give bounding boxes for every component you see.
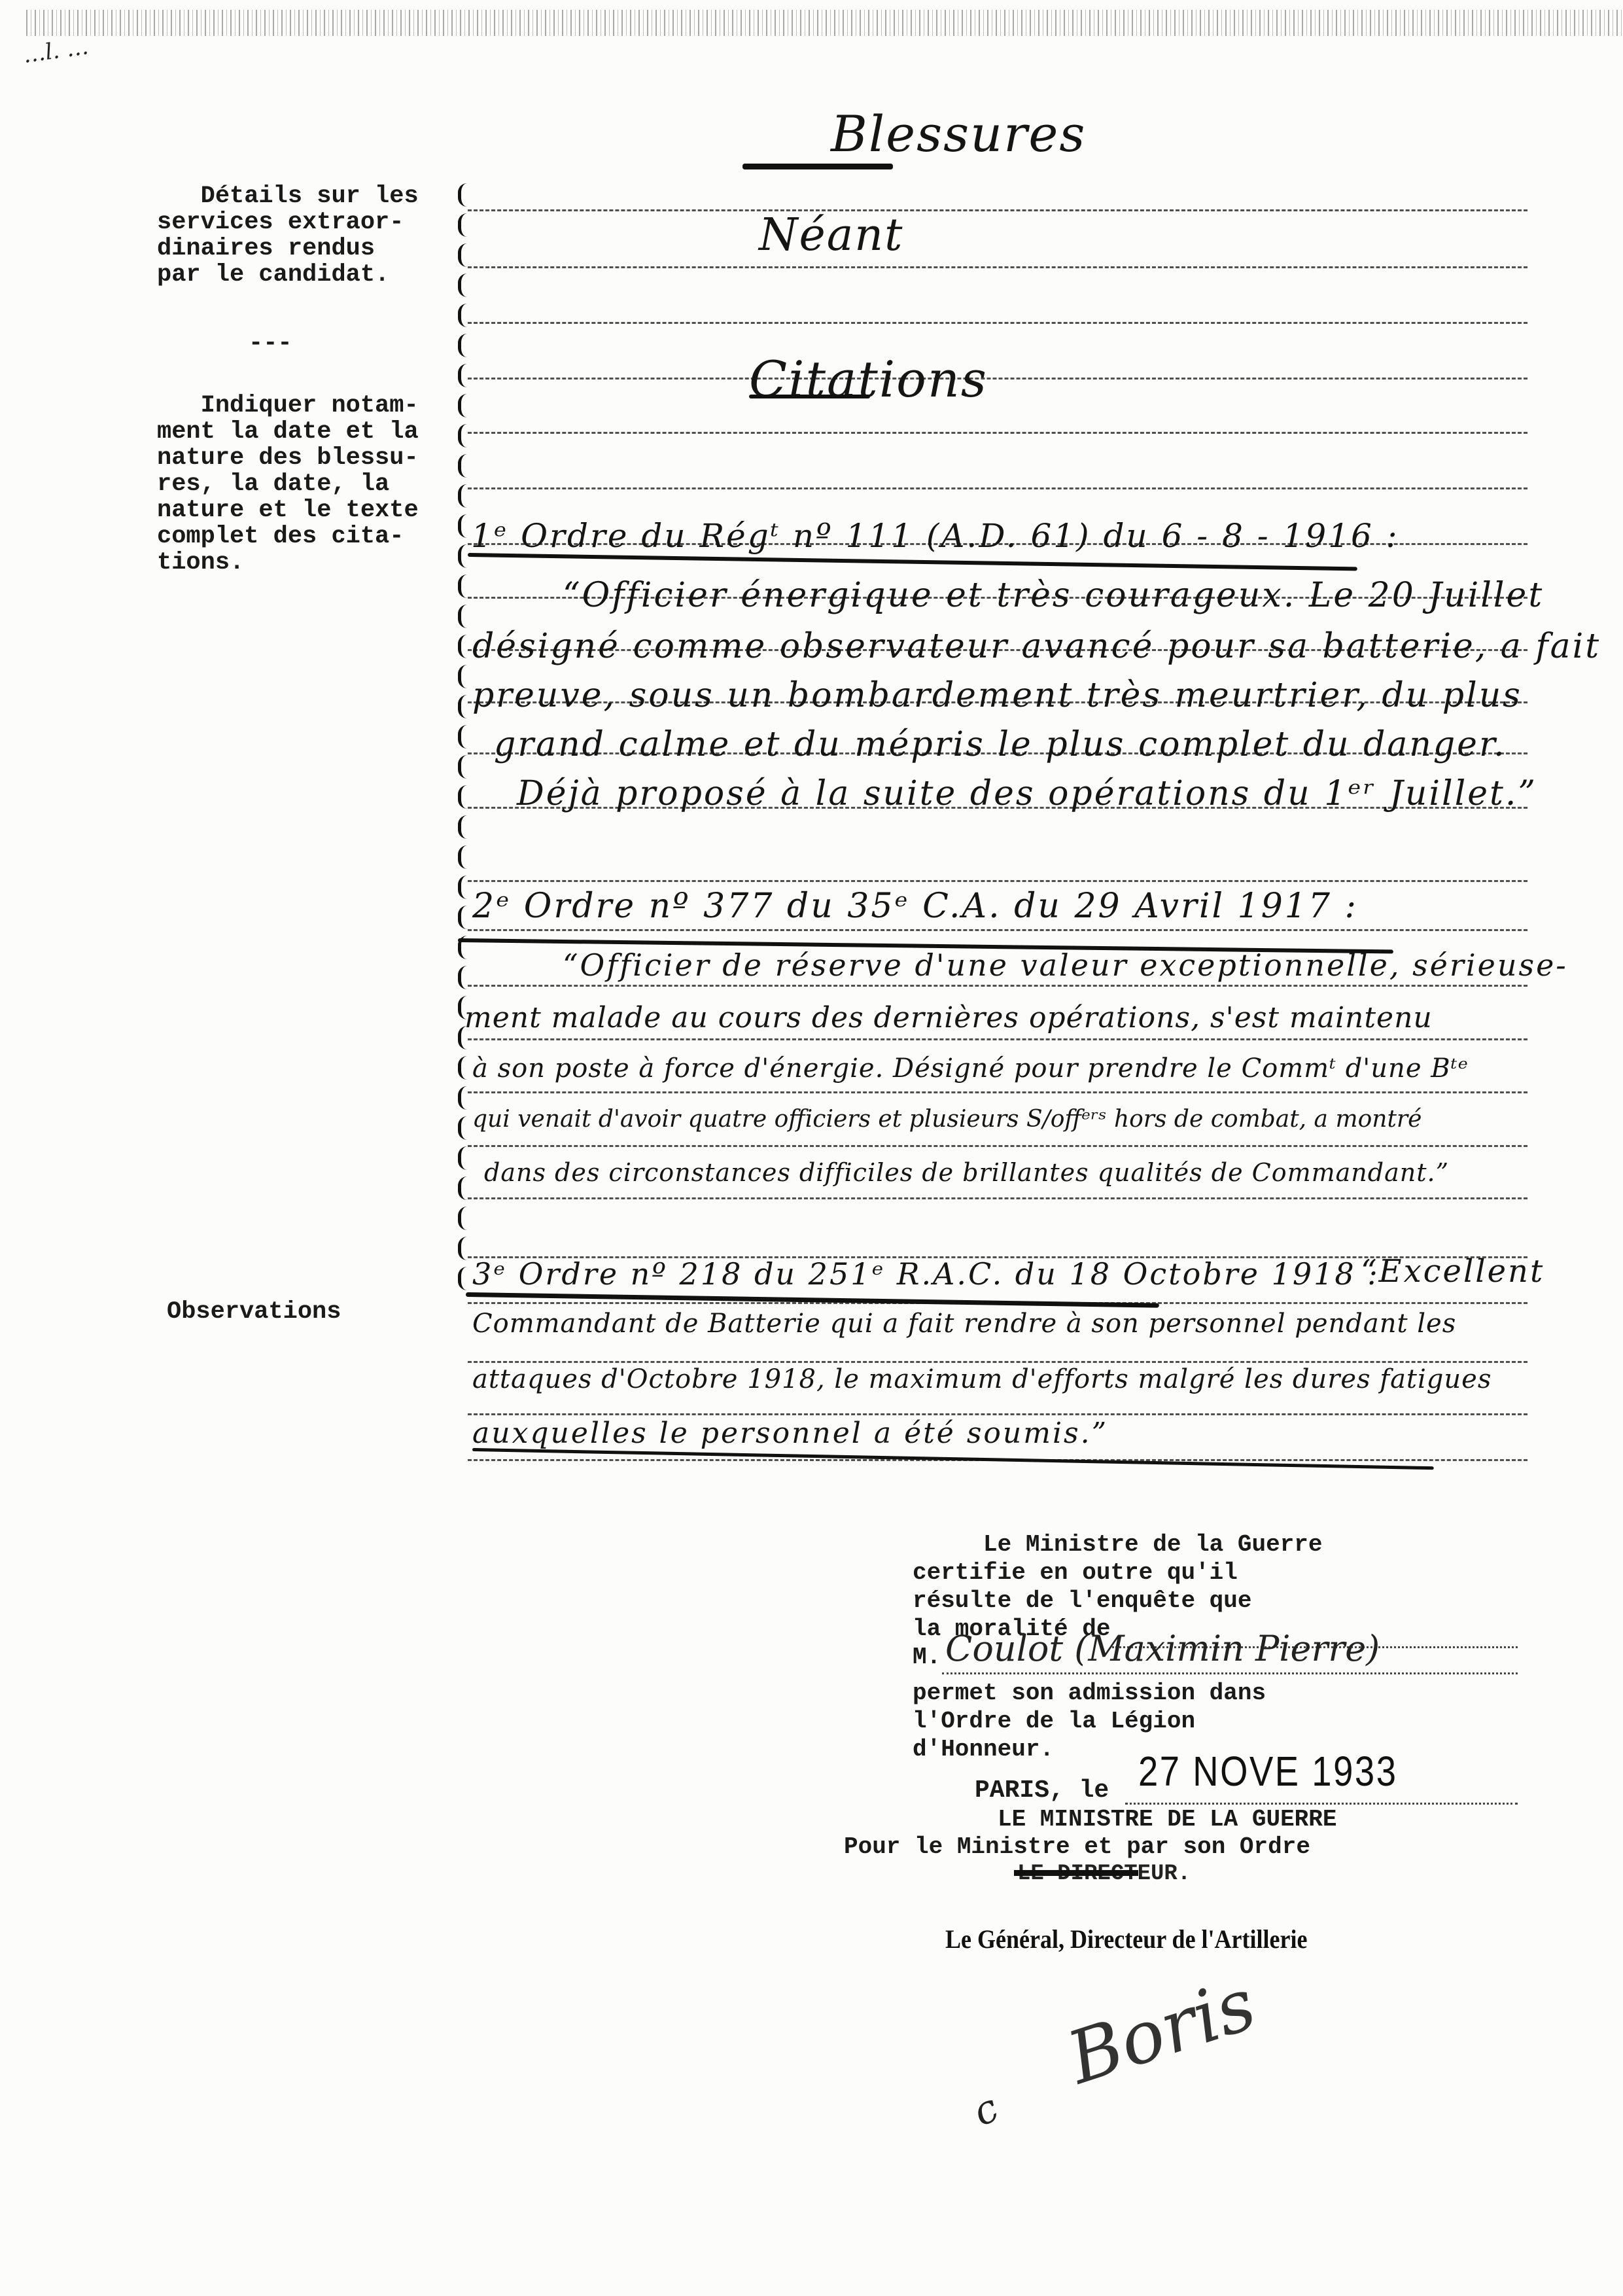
ruled-line <box>468 1197 1527 1199</box>
bracket-mark <box>458 274 470 297</box>
bracket-mark <box>458 665 470 688</box>
bracket-mark <box>458 845 470 869</box>
scan-edge-noise <box>26 10 1622 36</box>
ruled-line <box>468 378 1527 380</box>
bracket-mark <box>458 394 470 417</box>
bracket-mark <box>458 454 470 478</box>
citation-2-line-5: dans des circonstances difficiles de bri… <box>484 1158 1449 1187</box>
bracket-mark <box>458 364 470 387</box>
citation-3-line-3: auxquelles le personnel a été soumis.” <box>472 1417 1108 1450</box>
ruled-line <box>468 1145 1527 1147</box>
signature-flourish: c <box>966 2085 1005 2136</box>
bracket-mark <box>458 875 470 899</box>
ruled-line <box>468 985 1527 987</box>
instructions-label: Indiquer notam- ment la date et la natur… <box>157 393 432 576</box>
citation-2-line-1: “Officier de réserve d'une valeur except… <box>563 947 1568 983</box>
bracket-mark <box>458 1086 470 1110</box>
bracket-mark <box>458 213 470 237</box>
citation-1-line-5: Déjà proposé à la suite des opérations d… <box>517 774 1537 813</box>
bracket-mark <box>458 695 470 718</box>
bracket-mark <box>458 1116 470 1140</box>
citation-2-line-2: ment malade au cours des dernières opéra… <box>464 1001 1433 1034</box>
ruled-line <box>468 322 1527 324</box>
bracket-mark <box>458 1146 470 1170</box>
citation-2-line-3: à son poste à force d'énergie. Désigné p… <box>472 1053 1469 1084</box>
citation-3-line-1: Commandant de Batterie qui a fait rendre… <box>472 1309 1456 1339</box>
citation-1-header: 1ᵉ Ordre du Régᵗ nº 111 (A.D. 61) du 6 -… <box>471 517 1399 555</box>
bracket-mark <box>458 1056 470 1080</box>
citation-1-line-4: grand calme et du mépris le plus complet… <box>494 725 1507 764</box>
citation-2-header: 2ᵉ Ordre nº 377 du 35ᵉ C.A. du 29 Avril … <box>472 887 1358 926</box>
bracket-mark <box>458 1267 470 1290</box>
ruled-line <box>468 880 1527 882</box>
bracket-mark <box>458 1207 470 1230</box>
bracket-mark <box>458 785 470 809</box>
citation-1-line-1: “Officier énergique et très courageux. L… <box>563 576 1544 615</box>
citation-2-line-4: qui venait d'avoir quatre officiers et p… <box>472 1106 1422 1133</box>
left-separator: --- <box>249 330 523 357</box>
certificate-line-6: l'Ordre de la Légion <box>913 1708 1195 1735</box>
citations-underline <box>749 395 870 398</box>
bracket-mark <box>458 755 470 779</box>
bracket-mark <box>458 334 470 357</box>
citation-3-header-tail: “Excellent <box>1361 1253 1544 1290</box>
ruled-line <box>468 1038 1527 1040</box>
ruled-line <box>468 432 1527 434</box>
bracket-mark <box>458 605 470 628</box>
top-scribble: …l. … <box>22 33 90 69</box>
wounds-heading: Blessures <box>831 105 1086 163</box>
bracket-mark <box>458 725 470 749</box>
observations-label: Observations <box>167 1299 442 1325</box>
bracket-mark <box>458 514 470 538</box>
citation-3-line-2: attaques d'Octobre 1918, le maximum d'ef… <box>472 1364 1492 1394</box>
citation-1-line-2: désigné comme observateur avancé pour sa… <box>472 627 1601 666</box>
date-dotted-line <box>1125 1803 1518 1805</box>
certificate-line-1: Le Ministre de la Guerre <box>913 1531 1323 1559</box>
ruled-line <box>468 209 1527 211</box>
ruled-line <box>468 929 1527 931</box>
signer-title: Le Général, Directeur de l'Artillerie <box>945 1924 1307 1954</box>
bracket-mark <box>458 635 470 658</box>
bracket-mark <box>458 815 470 839</box>
candidate-name-prefix: M. <box>913 1644 941 1671</box>
strike-through <box>1014 1870 1138 1876</box>
minister-title: LE MINISTRE DE LA GUERRE <box>998 1806 1336 1833</box>
ruled-line <box>468 1413 1527 1415</box>
ruled-line <box>468 487 1527 489</box>
bracket-mark <box>458 183 470 207</box>
name-dotted-line-2 <box>942 1672 1518 1674</box>
document-page: …l. … Détails sur les services extraor- … <box>0 0 1623 2296</box>
citation-1-underline <box>468 553 1357 571</box>
bracket-mark <box>458 1176 470 1200</box>
certificate-line-7: d'Honneur. <box>913 1736 1054 1763</box>
bracket-mark <box>458 906 470 929</box>
ruled-line <box>468 1361 1527 1363</box>
citations-heading: Citations <box>749 350 988 408</box>
bracket-mark <box>458 243 470 267</box>
bracket-mark <box>458 424 470 448</box>
place-prefix: PARIS, le <box>975 1776 1109 1805</box>
details-label: Détails sur les services extraor- dinair… <box>157 183 432 288</box>
signature: Boris <box>1058 1962 1265 2100</box>
certificate-line-2: certifie en outre qu'il <box>913 1559 1238 1587</box>
certificate-line-5: permet son admission dans <box>913 1680 1266 1707</box>
wounds-underline-stroke <box>742 165 893 169</box>
ruled-line <box>468 1091 1527 1093</box>
certificate-line-3: résulte de l'enquête que <box>913 1587 1251 1615</box>
citation-1-line-3: preuve, sous un bombardement très meurtr… <box>472 676 1522 715</box>
citation-3-underline <box>466 1292 1159 1308</box>
delegation-line: Pour le Ministre et par son Ordre <box>844 1833 1310 1860</box>
ruled-line <box>468 266 1527 268</box>
citation-3-header: 3ᵉ Ordre nº 218 du 251ᵉ R.A.C. du 18 Oct… <box>472 1256 1380 1292</box>
stamped-date: 27 NOVE 1933 <box>1138 1747 1398 1795</box>
bracket-mark <box>458 574 470 598</box>
candidate-name: Coulot (Maximin Pierre) <box>945 1628 1380 1669</box>
wounds-value: Néant <box>759 209 903 261</box>
